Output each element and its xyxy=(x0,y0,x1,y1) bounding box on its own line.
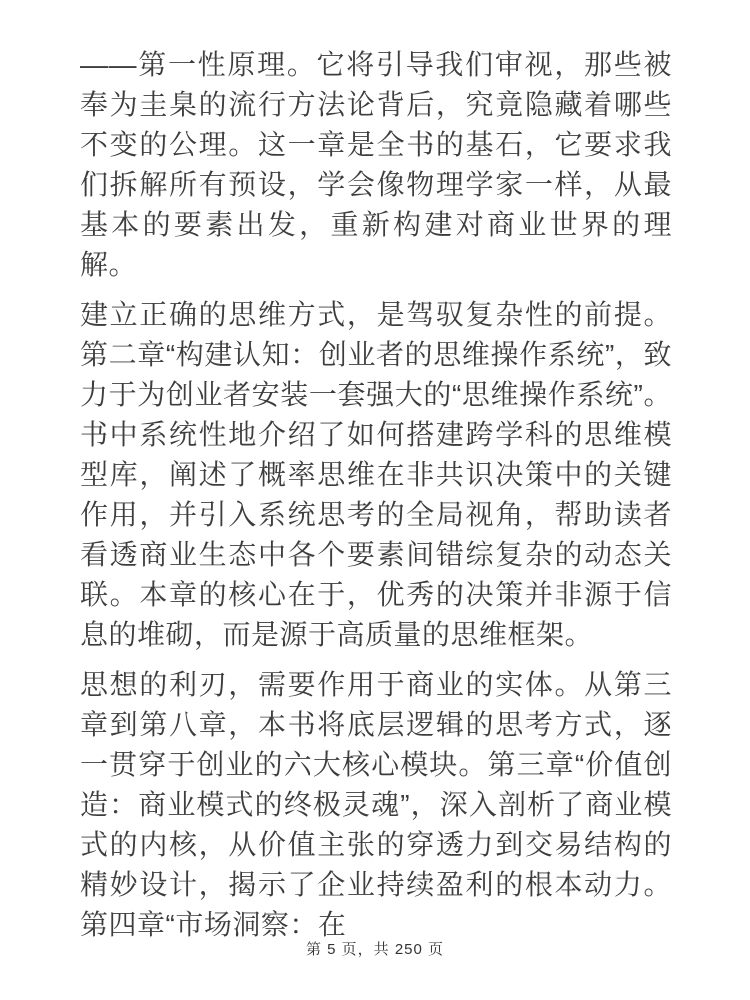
page-text-block: ——第一性原理。它将引导我们审视，那些被奉为圭臬的流行方法论背后，究竟隐藏着哪些… xyxy=(80,45,672,955)
document-page: ——第一性原理。它将引导我们审视，那些被奉为圭臬的流行方法论背后，究竟隐藏着哪些… xyxy=(0,0,750,1000)
paragraph: 思想的利刃，需要作用于商业的实体。从第三章到第八章，本书将底层逻辑的思考方式，逐… xyxy=(80,665,672,945)
paragraph: 建立正确的思维方式，是驾驭复杂性的前提。第二章“构建认知：创业者的思维操作系统”… xyxy=(80,295,672,655)
page-number-indicator: 第 5 页，共 250 页 xyxy=(306,941,444,958)
page-footer: 第 5 页，共 250 页 xyxy=(0,938,750,959)
paragraph: ——第一性原理。它将引导我们审视，那些被奉为圭臬的流行方法论背后，究竟隐藏着哪些… xyxy=(80,45,672,285)
